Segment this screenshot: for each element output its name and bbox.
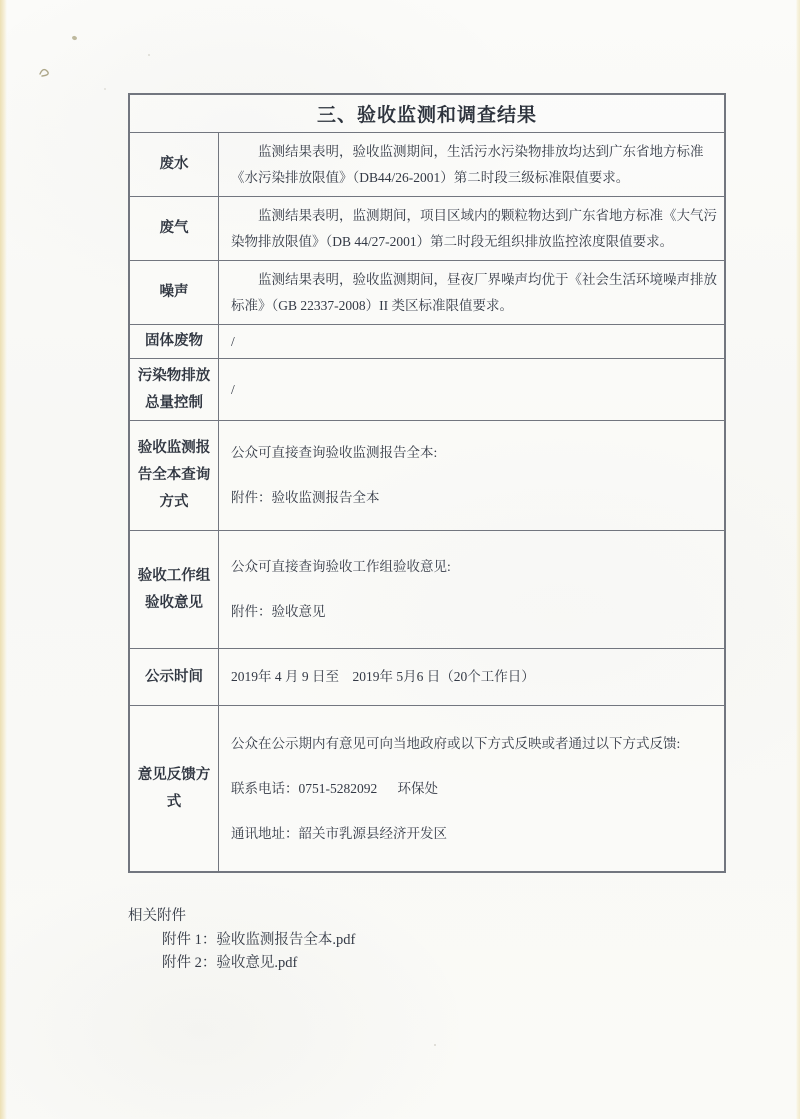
attachments-heading: 相关附件 [128, 905, 355, 928]
content-paragraph: 监测结果表明，监测期间，项目区域内的颗粒物达到广东省地方标准《大气污染物排放限值… [231, 203, 718, 255]
row-label: 废水 [130, 133, 219, 196]
content-paragraph: 公众可直接查询验收工作组验收意见: [231, 554, 718, 580]
row-content: 监测结果表明，验收监测期间，生活污水污染物排放均达到广东省地方标准《水污染排放限… [219, 133, 724, 196]
scan-edge-right [796, 0, 800, 1119]
row-content: 2019年 4 月 9 日至 2019年 5月6 日（20个工作日） [219, 649, 724, 705]
results-table: 三、验收监测和调查结果 废水监测结果表明，验收监测期间，生活污水污染物排放均达到… [128, 93, 726, 873]
content-paragraph: 联系电话：0751-5282092 环保处 [231, 776, 718, 802]
row-label: 固体废物 [130, 325, 219, 358]
content-paragraph: 监测结果表明，验收监测期间，昼夜厂界噪声均优于《社会生活环境噪声排放标准》（GB… [231, 267, 718, 319]
results-table-body: 废水监测结果表明，验收监测期间，生活污水污染物排放均达到广东省地方标准《水污染排… [130, 133, 724, 871]
table-row: 验收工作组 验收意见公众可直接查询验收工作组验收意见:附件：验收意见 [130, 531, 724, 649]
scan-edge-left [0, 0, 7, 1119]
row-label: 废气 [130, 197, 219, 260]
row-content: 公众可直接查询验收工作组验收意见:附件：验收意见 [219, 531, 724, 648]
attachment-item: 附件 1：验收监测报告全本.pdf [162, 929, 355, 952]
row-label: 噪声 [130, 261, 219, 324]
row-label: 验收监测报 告全本查询 方式 [130, 421, 219, 530]
row-content: / [219, 359, 724, 420]
table-row: 意见反馈方 式公众在公示期内有意见可向当地政府或以下方式反映或者通过以下方式反馈… [130, 706, 724, 871]
content-paragraph: 监测结果表明，验收监测期间，生活污水污染物排放均达到广东省地方标准《水污染排放限… [231, 139, 718, 191]
content-paragraph: / [231, 329, 718, 355]
row-content: 公众可直接查询验收监测报告全本:附件：验收监测报告全本 [219, 421, 724, 530]
attachments-list: 附件 1：验收监测报告全本.pdf附件 2：验收意见.pdf [162, 929, 355, 975]
row-label: 验收工作组 验收意见 [130, 531, 219, 648]
pen-mark [71, 35, 77, 40]
scan-speck [104, 88, 106, 90]
content-paragraph: 附件：验收监测报告全本 [231, 485, 718, 511]
attachments-section: 相关附件 附件 1：验收监测报告全本.pdf附件 2：验收意见.pdf [128, 905, 355, 975]
row-content: / [219, 325, 724, 358]
row-content: 监测结果表明，验收监测期间，昼夜厂界噪声均优于《社会生活环境噪声排放标准》（GB… [219, 261, 724, 324]
content-paragraph: 附件：验收意见 [231, 599, 718, 625]
content-paragraph: 公众可直接查询验收监测报告全本: [231, 440, 718, 466]
scan-speck [148, 54, 150, 56]
table-row: 公示时间2019年 4 月 9 日至 2019年 5月6 日（20个工作日） [130, 649, 724, 706]
table-row: 噪声监测结果表明，验收监测期间，昼夜厂界噪声均优于《社会生活环境噪声排放标准》（… [130, 261, 724, 325]
row-label: 意见反馈方 式 [130, 706, 219, 871]
content-paragraph: 公众在公示期内有意见可向当地政府或以下方式反映或者通过以下方式反馈: [231, 731, 718, 757]
content-paragraph: 通讯地址：韶关市乳源县经济开发区 [231, 821, 718, 847]
table-title: 三、验收监测和调查结果 [130, 95, 724, 133]
scan-speck [434, 1044, 436, 1046]
row-content: 监测结果表明，监测期间，项目区域内的颗粒物达到广东省地方标准《大气污染物排放限值… [219, 197, 724, 260]
row-label: 污染物排放 总量控制 [130, 359, 219, 420]
row-content: 公众在公示期内有意见可向当地政府或以下方式反映或者通过以下方式反馈:联系电话：0… [219, 706, 724, 871]
table-row: 验收监测报 告全本查询 方式公众可直接查询验收监测报告全本:附件：验收监测报告全… [130, 421, 724, 531]
table-row: 废水监测结果表明，验收监测期间，生活污水污染物排放均达到广东省地方标准《水污染排… [130, 133, 724, 197]
content-paragraph: 2019年 4 月 9 日至 2019年 5月6 日（20个工作日） [231, 664, 718, 690]
row-label: 公示时间 [130, 649, 219, 705]
pen-mark-squiggle [38, 64, 54, 78]
scanned-page: 三、验收监测和调查结果 废水监测结果表明，验收监测期间，生活污水污染物排放均达到… [0, 0, 800, 1119]
table-row: 污染物排放 总量控制/ [130, 359, 724, 421]
content-paragraph: / [231, 377, 718, 403]
table-row: 固体废物/ [130, 325, 724, 359]
table-row: 废气监测结果表明，监测期间，项目区域内的颗粒物达到广东省地方标准《大气污染物排放… [130, 197, 724, 261]
attachment-item: 附件 2：验收意见.pdf [162, 952, 355, 975]
